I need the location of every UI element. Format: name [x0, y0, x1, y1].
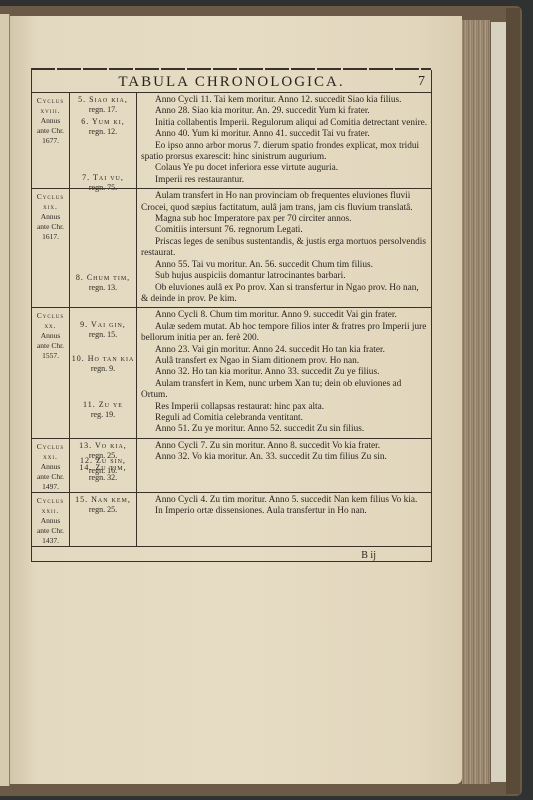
event-paragraph: Sub hujus auspiciis domantur latrocinant…: [141, 271, 428, 282]
cycle-line: Cyclus: [32, 192, 69, 202]
king-cell: 9. Vai gin,regn. 15.10. Ho tan kiaregn. …: [70, 308, 137, 437]
event-paragraph: Anno Cycli 7. Zu sin moritur. Anno 8. su…: [141, 441, 428, 452]
king-entry: 10. Ho tan kiaregn. 9.: [70, 354, 136, 374]
cycle-cell: Cyclusxviii.Annusante Chr.1677.: [32, 93, 70, 188]
page-edges: [462, 20, 490, 784]
king-name: 9. Vai gin,: [70, 320, 136, 330]
events-cell: Anno Cycli 8. Chum tim moritur. Anno 9. …: [137, 308, 431, 437]
reign-length: regn. 9.: [70, 364, 136, 374]
cycle-line: xviii.: [32, 106, 69, 116]
reign-length: regn. 12.: [70, 127, 136, 137]
cycle-line: Cyclus: [32, 442, 69, 452]
cycle-line: 1437.: [32, 536, 69, 546]
event-paragraph: Anno Cycli 8. Chum tim moritur. Anno 9. …: [141, 310, 428, 321]
signature-mark: B ij: [32, 550, 431, 561]
event-paragraph: Imperii res restaurantur.: [141, 175, 428, 186]
king-cell: 15. Nan kem,regn. 25.: [70, 493, 137, 546]
cycle-line: Cyclus: [32, 311, 69, 321]
cycle-line: xx.: [32, 321, 69, 331]
event-paragraph: Priscas leges de senibus sustentandis, &…: [141, 237, 428, 260]
table-row: Cyclusxx.Annusante Chr.1557.9. Vai gin,r…: [32, 308, 431, 438]
cycle-line: ante Chr.: [32, 472, 69, 482]
king-entry: 6. Yum ki,regn. 12.: [70, 117, 136, 137]
king-entry: 9. Vai gin,regn. 15.: [70, 320, 136, 340]
cycle-line: Annus: [32, 516, 69, 526]
event-paragraph: Reguli ad Comitia celebranda ventitant.: [141, 413, 428, 424]
cycle-line: Cyclus: [32, 96, 69, 106]
event-paragraph: Aulâ transfert ex Ngao in Siam ditionem …: [141, 356, 428, 367]
king-name: 5. Siao kia,: [70, 95, 136, 105]
cycle-line: ante Chr.: [32, 222, 69, 232]
table-row: Cyclusxix.Annusante Chr.1617.8. Chum tim…: [32, 189, 431, 308]
event-paragraph: Res Imperii collapsas restaurat: hinc pa…: [141, 402, 428, 413]
cycle-line: xxi.: [32, 452, 69, 462]
king-name: 7. Tai vu,: [70, 173, 136, 183]
page-title: TABULA CHRONOLOGICA.: [118, 74, 344, 90]
cycle-line: xxii.: [32, 506, 69, 516]
table-row: Cyclusxviii.Annusante Chr.1677.5. Siao k…: [32, 93, 431, 189]
event-paragraph: Anno Cycli 11. Tai kem moritur. Anno 12.…: [141, 95, 428, 106]
king-entry: 8. Chum tim,regn. 13.: [70, 273, 136, 293]
chronology-table: TABULA CHRONOLOGICA. 7 Cyclusxviii.Annus…: [31, 70, 432, 562]
event-paragraph: Comitiis intersunt 76. regnorum Legati.: [141, 225, 428, 236]
king-entry: 5. Siao kia,regn. 17.: [70, 95, 136, 115]
table-row: Cyclusxxii.Annusante Chr.1437.15. Nan ke…: [32, 493, 431, 547]
event-paragraph: Anno 51. Zu ye moritur. Anno 52. succedi…: [141, 424, 428, 435]
cycle-cell: Cyclusxxii.Annusante Chr.1437.: [32, 493, 70, 546]
events-cell: Anno Cycli 11. Tai kem moritur. Anno 12.…: [137, 93, 431, 188]
reign-length: regn. 32.: [70, 473, 136, 483]
cycle-line: 1677.: [32, 136, 69, 146]
events-cell: Aulam transfert in Ho nan provinciam ob …: [137, 189, 431, 307]
king-name: 11. Zu ye: [70, 400, 136, 410]
king-name: 15. Nan kem,: [70, 495, 136, 505]
king-name: 6. Yum ki,: [70, 117, 136, 127]
event-paragraph: Anno 55. Tai vu moritur. An. 56. succedi…: [141, 260, 428, 271]
reign-length: reg. 19.: [70, 410, 136, 420]
king-entry: 15. Nan kem,regn. 25.: [70, 495, 136, 515]
cycle-line: ante Chr.: [32, 341, 69, 351]
event-paragraph: Anno 23. Vai gin moritur. Anno 24. succe…: [141, 345, 428, 356]
binding-edge: [506, 8, 520, 794]
reign-length: regn. 13.: [70, 283, 136, 293]
event-paragraph: Anno 40. Yum ki moritur. Anno 41. succed…: [141, 129, 428, 140]
event-paragraph: Colaus Ye pu docet inferiora esse virtut…: [141, 163, 428, 174]
cycle-line: 1617.: [32, 232, 69, 242]
cycle-line: Annus: [32, 462, 69, 472]
king-entry: 11. Zu yereg. 19.: [70, 400, 136, 420]
king-name: 14. Zu tim,: [70, 463, 136, 473]
cycle-line: ante Chr.: [32, 526, 69, 536]
flyleaf: [491, 22, 506, 782]
event-paragraph: Ob eluviones aulâ ex Po prov. Xan si tra…: [141, 283, 428, 306]
event-paragraph: Aulam transfert in Kem, nunc urbem Xan t…: [141, 379, 428, 402]
cycle-line: Annus: [32, 212, 69, 222]
reign-length: regn. 15.: [70, 330, 136, 340]
event-paragraph: Anno 32. Ho tan kia moritur. Anno 33. su…: [141, 367, 428, 378]
cycle-cell: Cyclusxix.Annusante Chr.1617.: [32, 189, 70, 307]
cycle-line: Annus: [32, 116, 69, 126]
event-paragraph: Initia collabentis Imperii. Regulorum al…: [141, 118, 428, 129]
cycle-line: Annus: [32, 331, 69, 341]
events-cell: Anno Cycli 4. Zu tim moritur. Anno 5. su…: [137, 493, 431, 546]
king-cell: 5. Siao kia,regn. 17.6. Yum ki,regn. 12.…: [70, 93, 137, 188]
facing-page-edge: [0, 14, 10, 786]
king-cell: 8. Chum tim,regn. 13.: [70, 189, 137, 307]
event-paragraph: Aulæ sedem mutat. Ab hoc tempore filios …: [141, 322, 428, 345]
event-paragraph: In Imperio ortæ dissensiones. Aula trans…: [141, 506, 428, 517]
event-paragraph: Anno 28. Siao kia moritur. An. 29. succe…: [141, 106, 428, 117]
page-number: 7: [418, 70, 425, 94]
event-paragraph: Eo ipso anno arbor morus 7. dierum spati…: [141, 141, 428, 164]
reign-length: regn. 25.: [70, 451, 136, 461]
cycle-cell: Cyclusxxi.Annusante Chr.1497.: [32, 439, 70, 492]
king-entry: 13. Vo kia,regn. 25.: [70, 441, 136, 461]
king-cell: 13. Vo kia,regn. 25.14. Zu tim,regn. 32.: [70, 439, 137, 492]
reign-length: regn. 25.: [70, 505, 136, 515]
king-name: 8. Chum tim,: [70, 273, 136, 283]
cycle-line: Cyclus: [32, 496, 69, 506]
event-paragraph: Anno Cycli 4. Zu tim moritur. Anno 5. su…: [141, 495, 428, 506]
events-cell: Anno Cycli 7. Zu sin moritur. Anno 8. su…: [137, 439, 431, 492]
running-head: TABULA CHRONOLOGICA. 7: [32, 70, 431, 93]
cycle-line: 1497.: [32, 482, 69, 492]
cycle-line: 1557.: [32, 351, 69, 361]
cycle-line: xix.: [32, 202, 69, 212]
cycle-cell: Cyclusxx.Annusante Chr.1557.: [32, 308, 70, 437]
cycle-line: ante Chr.: [32, 126, 69, 136]
king-name: 13. Vo kia,: [70, 441, 136, 451]
event-paragraph: Aulam transfert in Ho nan provinciam ob …: [141, 191, 428, 214]
event-paragraph: Anno 32. Vo kia moritur. An. 33. succedi…: [141, 452, 428, 463]
table-row: Cyclusxxi.Annusante Chr.1497.13. Vo kia,…: [32, 439, 431, 493]
table-body: Cyclusxviii.Annusante Chr.1677.5. Siao k…: [32, 93, 431, 547]
reign-length: regn. 17.: [70, 105, 136, 115]
king-name: 10. Ho tan kia: [70, 354, 136, 364]
king-entry: 14. Zu tim,regn. 32.: [70, 463, 136, 483]
event-paragraph: Magna sub hoc Imperatore pax per 70 circ…: [141, 214, 428, 225]
